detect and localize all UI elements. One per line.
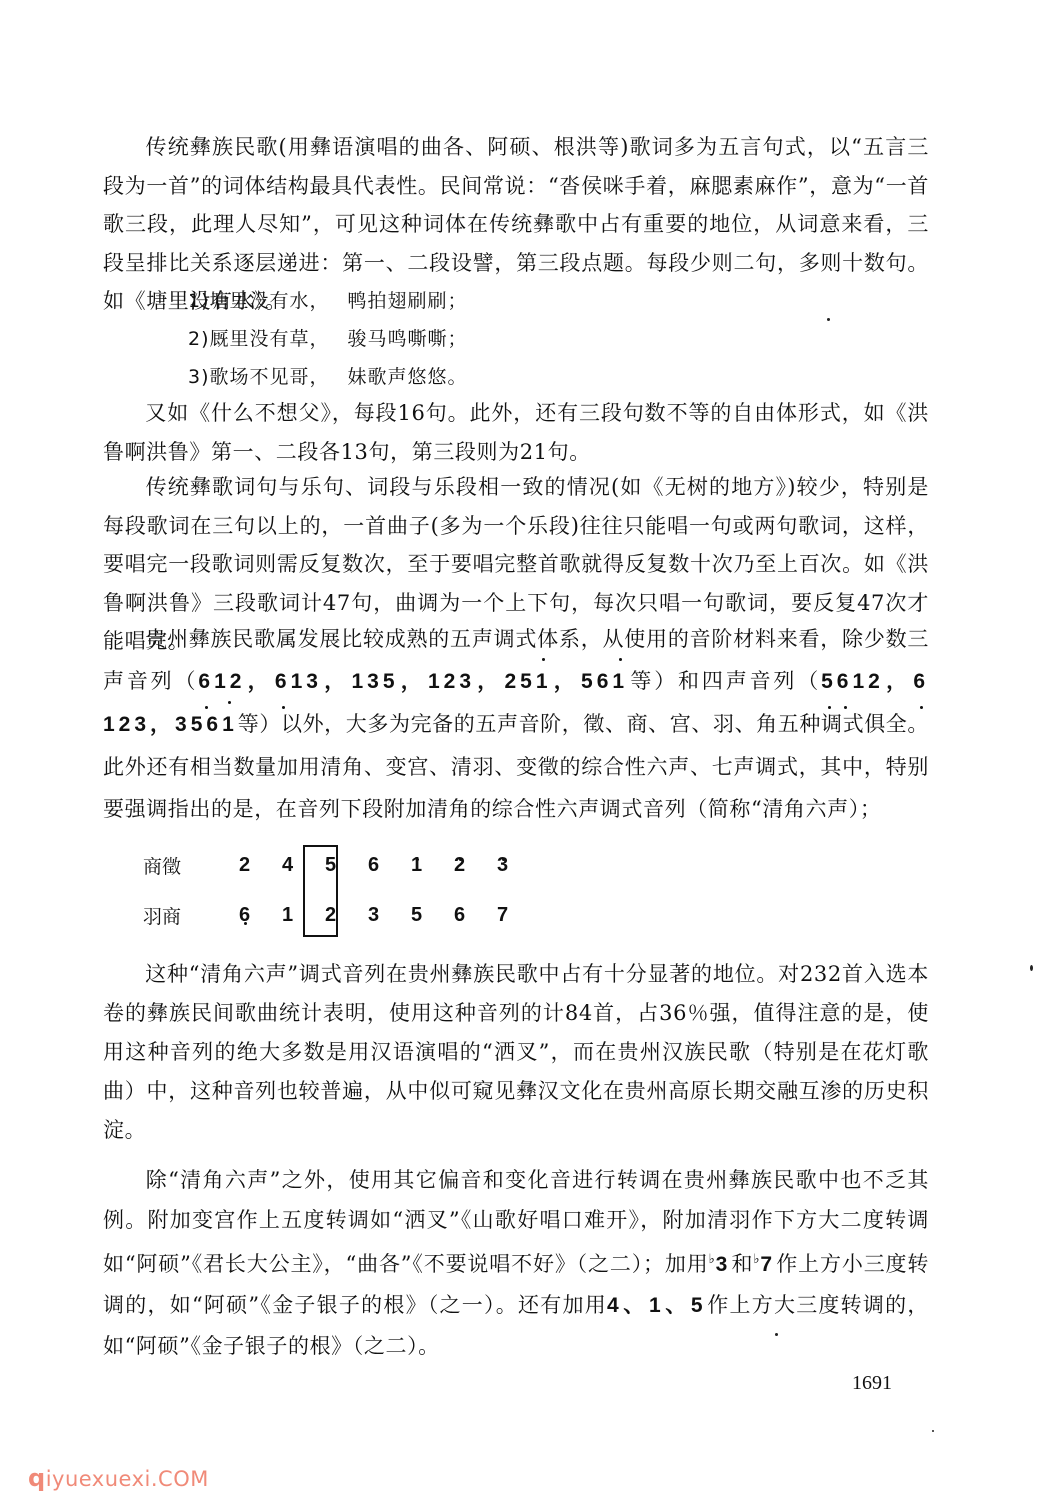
scale-note: 3	[352, 904, 395, 927]
site-watermark: qiyuexuexi.COM	[28, 1464, 209, 1492]
book-page: 传统彝族民歌(用彝语演唱的曲各、阿硕、根洪等)歌词多为五言句式，以“五言三段为一…	[0, 0, 1056, 1505]
poem-line: 1)塘里没有水，鸭拍翅刷刷；	[188, 282, 468, 320]
scan-speck	[827, 318, 830, 321]
paragraph-qingjiao-statistics: 这种“清角六声”调式音列在贵州彝族民歌中占有十分显著的地位。对232首入选本卷的…	[103, 955, 929, 1150]
scan-speck	[775, 1333, 778, 1336]
scale-note-boxed: 5	[309, 854, 352, 877]
scan-speck	[1030, 965, 1033, 971]
poem-line: 3)歌场不见哥，妹歌声悠悠。	[188, 358, 468, 396]
page-number: 1691	[852, 1372, 892, 1395]
scale-note-boxed: 2	[309, 904, 352, 927]
scan-speck	[932, 1430, 934, 1432]
poem-line: 2)厩里没有草，骏马鸣嘶嘶；	[188, 320, 468, 358]
scale-note-high: 1	[395, 854, 438, 877]
scale-note-high: 3	[481, 854, 524, 877]
paragraph-free-form: 又如《什么不想父》，每段16句。此外，还有三段句数不等的自由体形式，如《洪鲁啊洪…	[103, 394, 929, 471]
paragraph-pentatonic-system: 贵州彝族民歌属发展比较成熟的五声调式体系，从使用的音阶材料来看，除少数三声音列（…	[103, 618, 929, 830]
scale-note: 1	[266, 904, 309, 927]
scale-note-low: 6	[223, 904, 266, 927]
scale-row-yu-shang: 羽商 6 1 2 3 5 6 7	[143, 895, 524, 935]
qingjiao-six-tone-scale-table: 商徵 2 4 5 6 1 2 3 羽商 6 1 2 3 5 6 7	[143, 845, 543, 940]
scale-note: 4	[266, 854, 309, 877]
scale-row-shang-zhi: 商徵 2 4 5 6 1 2 3	[143, 845, 524, 885]
scale-note: 2	[223, 854, 266, 877]
scale-note: 5	[395, 904, 438, 927]
scale-note: 6	[352, 854, 395, 877]
scale-note: 6	[438, 904, 481, 927]
scale-row-label: 羽商	[143, 902, 223, 929]
scale-note-high: 2	[438, 854, 481, 877]
paragraph-text: 又如《什么不想父》，每段16句。此外，还有三段句数不等的自由体形式，如《洪鲁啊洪…	[103, 401, 929, 464]
poem-example: 1)塘里没有水，鸭拍翅刷刷； 2)厩里没有草，骏马鸣嘶嘶； 3)歌场不见哥，妹歌…	[188, 282, 468, 396]
paragraph-text: 这种“清角六声”调式音列在贵州彝族民歌中占有十分显著的地位。对232首入选本卷的…	[103, 962, 929, 1142]
scale-note: 7	[481, 904, 524, 927]
three-tone-series: 612，613，135，123，251，561	[198, 670, 628, 693]
flat-icon: ♭	[709, 1252, 716, 1267]
scale-row-label: 商徵	[143, 852, 223, 879]
paragraph-modulation: 除“清角六声”之外，使用其它偏音和变化音进行转调在贵州彝族民歌中也不乏其例。附加…	[103, 1160, 929, 1366]
